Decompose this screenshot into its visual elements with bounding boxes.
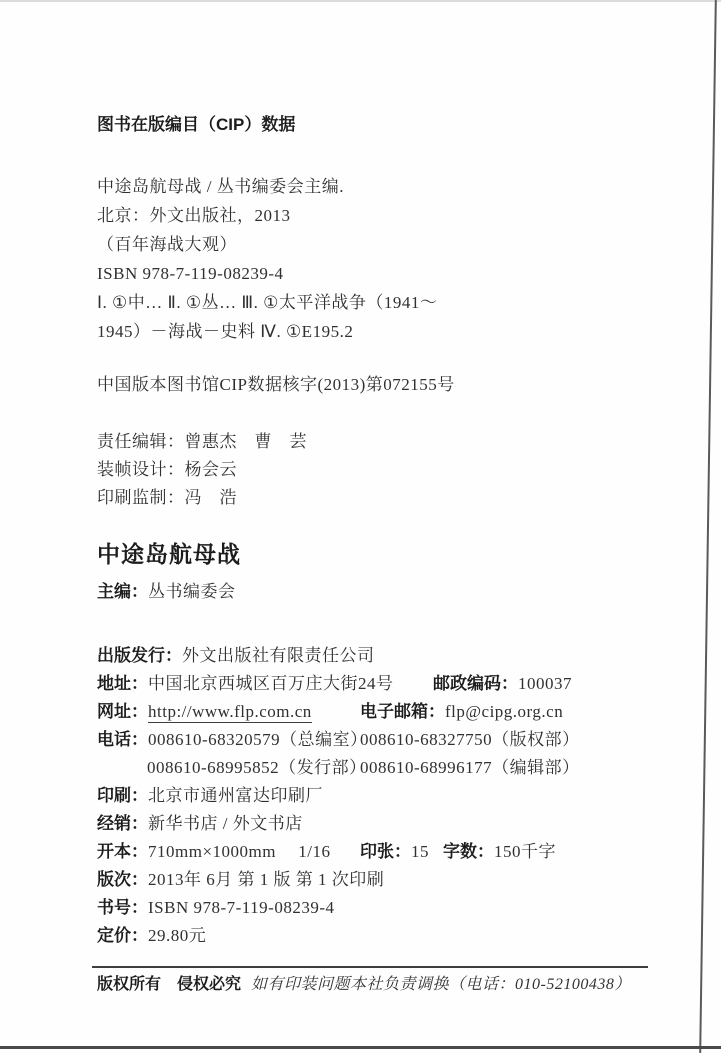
phone-row-1: 电话：008610-68320579（总编室） 008610-68327750（… [97,726,721,754]
staff-row-print-supervisor: 印刷监制：冯 浩 [97,484,721,512]
sheets-group: 印张：15 [360,838,429,866]
staff-row-editor: 责任编辑：曾惠杰 曹 芸 [97,428,721,456]
cip-line-publisher: 北京：外文出版社，2013 [97,201,721,230]
printer-label: 印刷： [97,786,148,805]
isbn-row: 书号：ISBN 978-7-119-08239-4 [97,894,721,922]
format-label: 开本： [97,842,148,861]
phone-distribution-dept: 008610-68995852（发行部） [147,758,367,777]
phone-copyright-dept: 008610-68327750（版权部） [360,726,580,754]
cip-line-classification-1: Ⅰ. ①中… Ⅱ. ①丛… Ⅲ. ①太平洋战争（1941～ [97,288,721,317]
email-group: 电子邮箱：flp@cipg.org.cn [360,698,563,726]
staff-credits: 责任编辑：曾惠杰 曹 芸 装帧设计：杨会云 印刷监制：冯 浩 [97,428,721,512]
copyright-notice-tail: 如有印装问题本社负责调换（电话：010-52100438） [251,976,631,993]
format-value: 710mm×1000mm 1/16 [148,842,330,861]
distributor-value: 新华书店 / 外文书店 [148,814,303,833]
chief-editor-label: 主编： [97,582,148,601]
scan-edge-bottom [0,1046,721,1049]
copyright-page: 图书在版编目（CIP）数据 中途岛航母战 / 丛书编委会主编. 北京：外文出版社… [0,0,721,1053]
wordcount-group: 字数：150千字 [443,838,556,866]
responsible-editor-value: 曾惠杰 曹 芸 [185,432,308,451]
publisher-label: 出版发行： [97,646,182,665]
printer-value: 北京市通州富达印刷厂 [148,786,323,805]
distributor-label: 经销： [97,814,148,833]
chief-editor-line: 主编：丛书编委会 [97,578,721,606]
page-content: 图书在版编目（CIP）数据 中途岛航母战 / 丛书编委会主编. 北京：外文出版社… [0,0,721,998]
phone-label: 电话： [97,730,148,749]
publication-info: 出版发行：外文出版社有限责任公司 地址：中国北京西城区百万庄大街24号 邮政编码… [97,642,721,950]
cip-header: 图书在版编目（CIP）数据 [97,112,721,138]
printer-row: 印刷：北京市通州富达印刷厂 [97,782,721,810]
price-label: 定价： [97,926,148,945]
edition-value: 2013年 6月 第 1 版 第 1 次印刷 [148,870,384,889]
sheets-label: 印张： [360,842,411,861]
phone-row-2: 008610-68995852（发行部） 008610-68996177（编辑部… [97,754,721,782]
copyright-notice-bold: 版权所有 侵权必究 [97,976,241,993]
binding-designer-value: 杨会云 [185,460,238,479]
cip-line-series: （百年海战大观） [97,230,721,259]
cip-line-classification-2: 1945）－海战－史料 Ⅳ. ①E195.2 [97,317,721,346]
phone-editorial-office: 008610-68320579（总编室） [148,730,368,749]
wordcount-value: 150千字 [494,842,556,861]
edition-row: 版次：2013年 6月 第 1 版 第 1 次印刷 [97,866,721,894]
footer-divider [92,966,648,968]
staff-row-designer: 装帧设计：杨会云 [97,456,721,484]
edition-label: 版次： [97,870,148,889]
distributor-row: 经销：新华书店 / 外文书店 [97,810,721,838]
postcode-value: 100037 [518,674,572,693]
postcode-label: 邮政编码： [433,674,518,693]
postcode-group: 邮政编码：100037 [433,670,572,698]
format-row: 开本：710mm×1000mm 1/16 印张：15 字数：150千字 [97,838,721,866]
email-value: flp@cipg.org.cn [445,702,563,721]
chief-editor-value: 丛书编委会 [148,582,236,601]
cip-line-isbn: ISBN 978-7-119-08239-4 [97,259,721,288]
wordcount-label: 字数： [443,842,494,861]
cip-line-title: 中途岛航母战 / 丛书编委会主编. [97,172,721,201]
price-value: 29.80元 [148,926,206,945]
address-value: 中国北京西城区百万庄大街24号 [148,674,394,693]
sheets-value: 15 [411,842,429,861]
address-label: 地址： [97,674,148,693]
print-supervisor-value: 冯 浩 [185,488,238,507]
price-row: 定价：29.80元 [97,922,721,950]
website-label: 网址： [97,702,148,721]
copyright-notice: 版权所有 侵权必究如有印装问题本社负责调换（电话：010-52100438） [97,972,721,998]
isbn-value: ISBN 978-7-119-08239-4 [148,898,335,917]
website-row: 网址：http://www.flp.com.cn 电子邮箱：flp@cipg.o… [97,698,721,726]
cip-record-number: 中国版本图书馆CIP数据核字(2013)第072155号 [97,372,721,398]
binding-designer-label: 装帧设计： [97,460,185,479]
publisher-value: 外文出版社有限责任公司 [182,646,375,665]
cip-description-block: 中途岛航母战 / 丛书编委会主编. 北京：外文出版社，2013 （百年海战大观）… [97,172,721,346]
responsible-editor-label: 责任编辑： [97,432,185,451]
email-label: 电子邮箱： [360,702,445,721]
book-title: 中途岛航母战 [97,538,721,570]
isbn-label: 书号： [97,898,148,917]
website-url: http://www.flp.com.cn [148,702,312,723]
print-supervisor-label: 印刷监制： [97,488,185,507]
address-row: 地址：中国北京西城区百万庄大街24号 邮政编码：100037 [97,670,721,698]
publisher-row: 出版发行：外文出版社有限责任公司 [97,642,721,670]
phone-editing-dept: 008610-68996177（编辑部） [360,754,580,782]
